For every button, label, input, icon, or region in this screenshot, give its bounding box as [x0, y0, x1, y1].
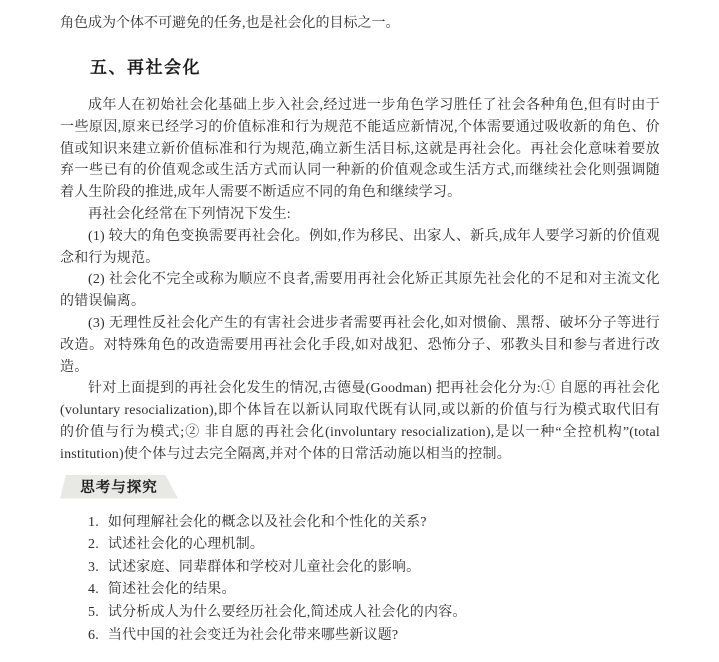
question-number: 5.: [88, 605, 99, 620]
section-heading: 五、再社会化: [90, 56, 660, 80]
paragraph-occurs-intro: 再社会化经常在下列情况下发生:: [60, 204, 660, 226]
intro-line: 角色成为个体不可避免的任务,也是社会化的目标之一。: [60, 13, 660, 35]
paragraph-goodman-types: 针对上面提到的再社会化发生的情况,古德曼(Goodman) 把再社会化分为:① …: [60, 378, 660, 465]
question-text: 试述社会化的心理机制。: [108, 537, 264, 552]
question-number: 1.: [88, 515, 99, 530]
question-text: 如何理解社会化的概念以及社会化和个性化的关系?: [108, 515, 427, 530]
question-number: 2.: [88, 537, 99, 552]
think-explore-banner: 思考与探究: [60, 475, 178, 499]
paragraph-case-3: (3) 无理性反社会化产生的有害社会进步者需要再社会化,如对惯偷、黑帮、破坏分子…: [60, 313, 660, 378]
question-item-1: 1.如何理解社会化的概念以及社会化和个性化的关系?: [88, 512, 660, 535]
question-text: 当代中国的社会变迁为社会化带来哪些新议题?: [108, 628, 398, 643]
question-number: 4.: [88, 582, 99, 597]
question-number: 3.: [88, 560, 99, 575]
question-text: 试述家庭、同辈群体和学校对儿童社会化的影响。: [108, 560, 420, 575]
question-text: 简述社会化的结果。: [108, 582, 236, 597]
question-item-4: 4.简述社会化的结果。: [88, 579, 660, 602]
question-item-2: 2.试述社会化的心理机制。: [88, 534, 660, 557]
question-list: 1.如何理解社会化的概念以及社会化和个性化的关系? 2.试述社会化的心理机制。 …: [60, 512, 660, 648]
book-page: 角色成为个体不可避免的任务,也是社会化的目标之一。 五、再社会化 成年人在初始社…: [0, 0, 719, 662]
paragraph-resocialization-def: 成年人在初始社会化基础上步入社会,经过进一步角色学习胜任了社会各种角色,但有时由…: [60, 95, 660, 204]
question-item-3: 3.试述家庭、同辈群体和学校对儿童社会化的影响。: [88, 557, 660, 580]
paragraph-case-1: (1) 较大的角色变换需要再社会化。例如,作为移民、出家人、新兵,成年人要学习新…: [60, 226, 660, 270]
banner-title: 思考与探究: [80, 476, 158, 498]
question-number: 6.: [88, 628, 99, 643]
question-text: 试分析成人为什么要经历社会化,简述成人社会化的内容。: [108, 605, 467, 620]
question-item-6: 6.当代中国的社会变迁为社会化带来哪些新议题?: [88, 625, 660, 648]
question-item-5: 5.试分析成人为什么要经历社会化,简述成人社会化的内容。: [88, 602, 660, 625]
paragraph-case-2: (2) 社会化不完全或称为顺应不良者,需要用再社会化矫正其原先社会化的不足和对主…: [60, 269, 660, 313]
